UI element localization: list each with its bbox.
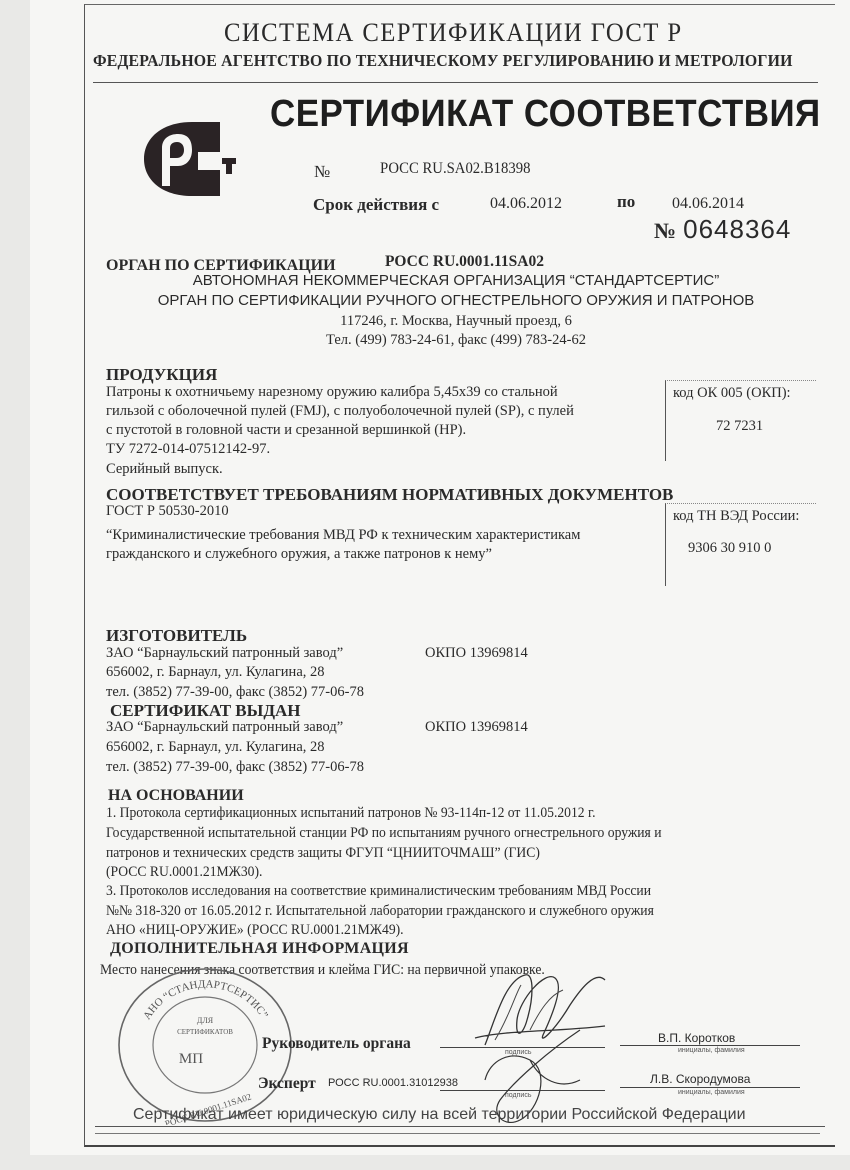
basis-line-3: патронов и технических средств защиты ФГ…: [106, 845, 540, 862]
manufacturer-okpo: ОКПО 13969814: [425, 645, 528, 662]
basis-line-1: 1. Протокола сертификационных испытаний …: [106, 805, 596, 822]
basis-line-5: 3. Протоколов исследования на соответств…: [106, 883, 651, 900]
issued-to-name: ЗАО “Барнаульский патронный завод”: [106, 719, 343, 736]
product-tu: ТУ 7272-014-07512142-97.: [106, 441, 270, 458]
certificate-number: РОСС RU.SA02.B18398: [380, 160, 530, 178]
compliance-line-3: гражданского и служебного оружия, а такж…: [106, 546, 492, 563]
product-line-3: с пустотой в головной части и срезанной …: [106, 422, 466, 439]
issued-to-label: СЕРТИФИКАТ ВЫДАН: [110, 701, 301, 721]
basis-line-4: (РОСС RU.0001.21МЖ30).: [106, 864, 262, 881]
tnved-code-value: 9306 30 910 0: [688, 540, 771, 557]
product-line-1: Патроны к охотничьему нарезному оружию к…: [106, 384, 558, 401]
product-label: ПРОДУКЦИЯ: [106, 365, 217, 385]
certification-body-line-2: ОРГАН ПО СЕРТИФИКАЦИИ РУЧНОГО ОГНЕСТРЕЛЬ…: [106, 292, 806, 309]
manufacturer-phone: тел. (3852) 77-39-00, факс (3852) 77-06-…: [106, 684, 364, 701]
frame-divider: [95, 1133, 820, 1134]
tnved-code-label: код ТН ВЭД России:: [673, 508, 799, 525]
valid-to-label: по: [617, 192, 635, 212]
compliance-label: СООТВЕТСТВУЕТ ТРЕБОВАНИЯМ НОРМАТИВНЫХ ДО…: [106, 485, 673, 505]
issued-to-address: 656002, г. Барнаул, ул. Кулагина, 28: [106, 739, 325, 756]
expert-label: Эксперт: [258, 1075, 316, 1093]
compliance-line-2: “Криминалистические требования МВД РФ к …: [106, 527, 580, 544]
additional-info-label: ДОПОЛНИТЕЛЬНАЯ ИНФОРМАЦИЯ: [110, 940, 409, 958]
head-name-line: [620, 1045, 800, 1046]
valid-from-date: 04.06.2012: [490, 195, 562, 213]
expert-code: РОСС RU.0001.31012938: [328, 1077, 458, 1089]
blank-number: №0648364: [654, 214, 791, 245]
number-sign: №: [314, 162, 330, 182]
okp-code-label: код ОК 005 (ОКП):: [673, 385, 791, 402]
document-title: СЕРТИФИКАТ СООТВЕТСТВИЯ: [270, 93, 821, 136]
basis-line-6: №№ 318-320 от 16.05.2012 г. Испытательно…: [106, 903, 654, 920]
okp-code-value: 72 7231: [716, 418, 763, 435]
validity-label: Срок действия с: [313, 195, 439, 215]
expert-name: Л.В. Скородумова: [650, 1072, 750, 1086]
head-name: В.П. Коротков: [658, 1031, 735, 1045]
agency-name: ФЕДЕРАЛЬНОЕ АГЕНТСТВО ПО ТЕХНИЧЕСКОМУ РЕ…: [93, 51, 793, 71]
manufacturer-label: ИЗГОТОВИТЕЛЬ: [106, 626, 247, 646]
blank-number-sign: №: [654, 218, 677, 243]
issued-to-phone: тел. (3852) 77-39-00, факс (3852) 77-06-…: [106, 759, 364, 776]
basis-line-2: Государственной испытательной станции РФ…: [106, 825, 662, 842]
stamp-center-top: ДЛЯ: [197, 1016, 214, 1025]
manufacturer-name: ЗАО “Барнаульский патронный завод”: [106, 645, 343, 662]
stamp-center-mid: СЕРТИФИКАТОВ: [177, 1028, 233, 1036]
manufacturer-address: 656002, г. Барнаул, ул. Кулагина, 28: [106, 664, 325, 681]
gost-r-logo-icon: [140, 120, 238, 198]
compliance-standard: ГОСТ Р 50530-2010: [106, 503, 229, 520]
valid-to-date: 04.06.2014: [672, 195, 744, 213]
product-series: Серийный выпуск.: [106, 461, 223, 478]
head-name-caption: инициалы, фамилия: [678, 1047, 745, 1054]
certification-body-phone: Тел. (499) 783-24-61, факс (499) 783-24-…: [106, 332, 806, 349]
expert-name-caption: инициалы, фамилия: [678, 1089, 745, 1096]
blank-number-value: 0648364: [683, 214, 791, 244]
certification-body-address: 117246, г. Москва, Научный проезд, 6: [106, 313, 806, 330]
expert-name-line: [620, 1087, 800, 1088]
stamp-center-mark: МП: [179, 1051, 203, 1067]
basis-line-7: АНО «НИЦ-ОРУЖИЕ» (РОСС RU.0001.21МЖ49).: [106, 922, 404, 939]
product-line-2: гильзой с оболочечной пулей (FMJ), с пол…: [106, 403, 574, 420]
certification-body-line-1: АВТОНОМНАЯ НЕКОММЕРЧЕСКАЯ ОРГАНИЗАЦИЯ “С…: [106, 272, 806, 289]
issued-to-okpo: ОКПО 13969814: [425, 719, 528, 736]
footer-line: [95, 1126, 825, 1127]
head-of-body-label: Руководитель органа: [262, 1035, 411, 1053]
header-divider: [93, 82, 818, 83]
system-title: СИСТЕМА СЕРТИФИКАЦИИ ГОСТ Р: [224, 18, 683, 48]
certification-body-code: РОСС RU.0001.11SA02: [385, 253, 544, 271]
legal-validity-note: Сертификат имеет юридическую силу на все…: [133, 1106, 746, 1124]
basis-label: НА ОСНОВАНИИ: [108, 787, 244, 805]
